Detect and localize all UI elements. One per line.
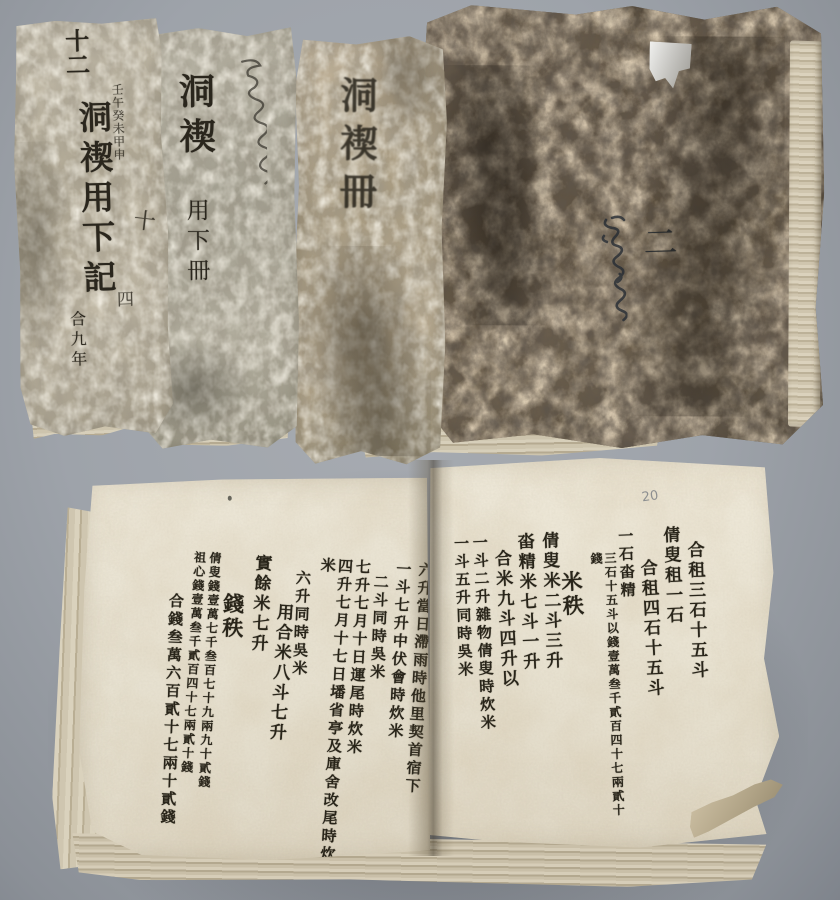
volume-1-footer-note: 合九年 [68,310,86,370]
photo-scene: 二 洞禊冊 洞禊 用下冊 [0,0,840,900]
ink-speck [228,496,232,501]
cover-grime-patch [301,246,432,457]
volume-2-cursive-annotation [232,55,267,185]
left-page: 六升當日滯雨時他里契首宿下一斗七升中伏會時炊米二斗同時吳米七升七月十日運尾時炊米… [78,474,434,862]
volume-3-title: 洞禊冊 [336,76,374,220]
volume-2-title: 洞禊 [176,72,213,162]
pencil-page-number: 20 [641,488,659,505]
right-page-text-columns: 合租三石十五斗倩叟租一石合租四石十五斗一石畓精三石十五斗以錢壹萬叁千貳百四十七兩… [432,524,717,836]
book-cover-volume-3: 洞禊冊 [293,35,448,464]
volume-4-white-label [648,41,692,89]
book-cover-volume-1: 十二 壬午癸未甲申 洞禊用下記 十 四 合九年 [10,18,174,437]
volume-2-subtitle: 用下冊 [184,198,208,288]
volume-4-page-block-edge [788,40,822,427]
book-gutter-shadow [408,460,454,856]
volume-4-cursive-inscription [597,214,628,326]
cover-grime-patch [439,65,560,326]
book-cover-volume-4: 二 [421,5,825,449]
volume-1-spine-number: 十二 [62,28,87,77]
right-page: 合租三石十五斗倩叟租一石合租四石十五斗一石畓精三石十五斗以錢壹萬叁千貳百四十七兩… [423,456,780,851]
volume-4-cover-number: 二 [639,224,674,261]
left-page-text-columns: 六升當日滯雨時他里契首宿下一斗七升中伏會時炊米二斗同時吳米七升七月十日運尾時炊米… [80,546,435,874]
volume-1-title: 洞禊用下記 [76,99,115,300]
volume-1-side-mark-upper: 十 [132,203,157,236]
open-ledger-book: 六升當日滯雨時他里契首宿下一斗七升中伏會時炊米二斗同時吳米七升七月十日運尾時炊米… [56,450,804,898]
volume-1-side-mark-lower: 四 [117,285,135,310]
